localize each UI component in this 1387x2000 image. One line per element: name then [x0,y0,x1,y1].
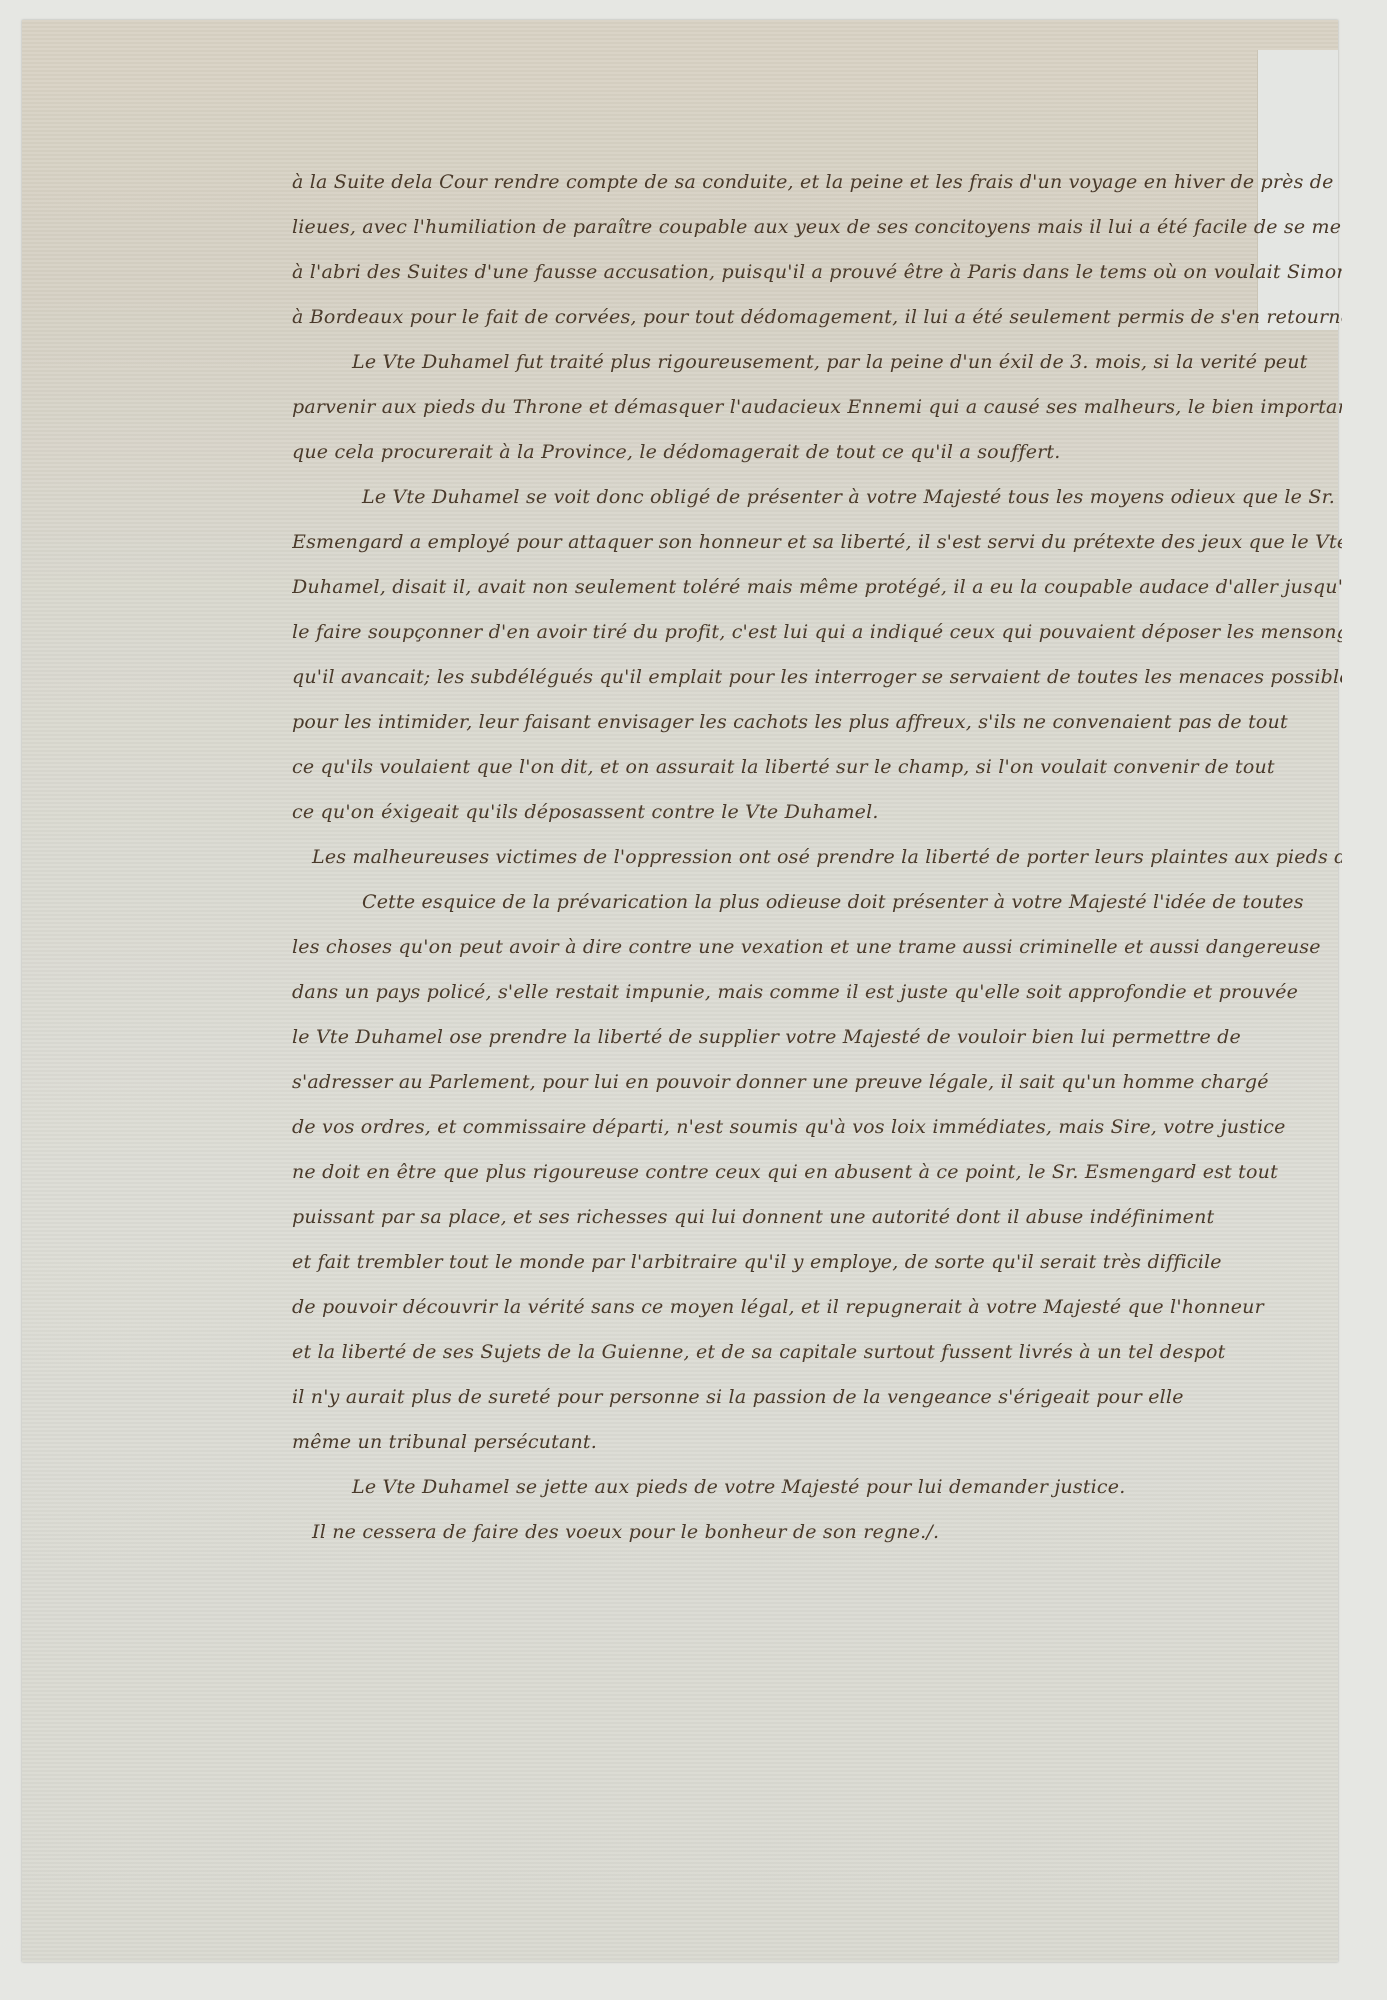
text-line: de pouvoir découvrir la vérité sans ce m… [292,1285,1342,1330]
text-line: même un tribunal persécutant. [292,1420,1342,1465]
text-line: à Bordeaux pour le fait de corvées, pour… [292,295,1342,340]
text-line: les choses qu'on peut avoir à dire contr… [292,925,1342,970]
text-line: pour les intimider, leur faisant envisag… [292,700,1342,745]
text-line: Le Vte Duhamel fut traité plus rigoureus… [292,340,1342,385]
text-line: ce qu'on éxigeait qu'ils déposassent con… [292,790,1342,835]
text-line: parvenir aux pieds du Throne et démasque… [292,385,1342,430]
text-line: Les malheureuses victimes de l'oppressio… [292,835,1342,880]
text-line: Le Vte Duhamel se jette aux pieds de vot… [292,1465,1342,1510]
text-line: s'adresser au Parlement, pour lui en pou… [292,1060,1342,1105]
text-line: dans un pays policé, s'elle restait impu… [292,970,1342,1015]
text-line: Il ne cessera de faire des voeux pour le… [292,1510,1342,1555]
text-line: ne doit en être que plus rigoureuse cont… [292,1150,1342,1195]
text-line: Esmengard a employé pour attaquer son ho… [292,520,1342,565]
text-line: que cela procurerait à la Province, le d… [292,430,1342,475]
text-line: il n'y aurait plus de sureté pour person… [292,1375,1342,1420]
text-line: ce qu'ils voulaient que l'on dit, et on … [292,745,1342,790]
text-line: le faire soupçonner d'en avoir tiré du p… [292,610,1342,655]
text-line: et la liberté de ses Sujets de la Guienn… [292,1330,1342,1375]
text-line: Le Vte Duhamel se voit donc obligé de pr… [292,475,1342,520]
text-line: et fait trembler tout le monde par l'arb… [292,1240,1342,1285]
manuscript-page: à la Suite dela Cour rendre compte de sa… [22,20,1338,1962]
text-line: lieues, avec l'humiliation de paraître c… [292,205,1342,250]
handwritten-text: à la Suite dela Cour rendre compte de sa… [292,160,1342,1555]
text-line: à la Suite dela Cour rendre compte de sa… [292,160,1342,205]
text-line: le Vte Duhamel ose prendre la liberté de… [292,1015,1342,1060]
text-line: Duhamel, disait il, avait non seulement … [292,565,1342,610]
text-line: puissant par sa place, et ses richesses … [292,1195,1342,1240]
text-line: Cette esquice de la prévarication la plu… [292,880,1342,925]
text-line: qu'il avancait; les subdélégués qu'il em… [292,655,1342,700]
text-line: à l'abri des Suites d'une fausse accusat… [292,250,1342,295]
text-line: de vos ordres, et commissaire départi, n… [292,1105,1342,1150]
